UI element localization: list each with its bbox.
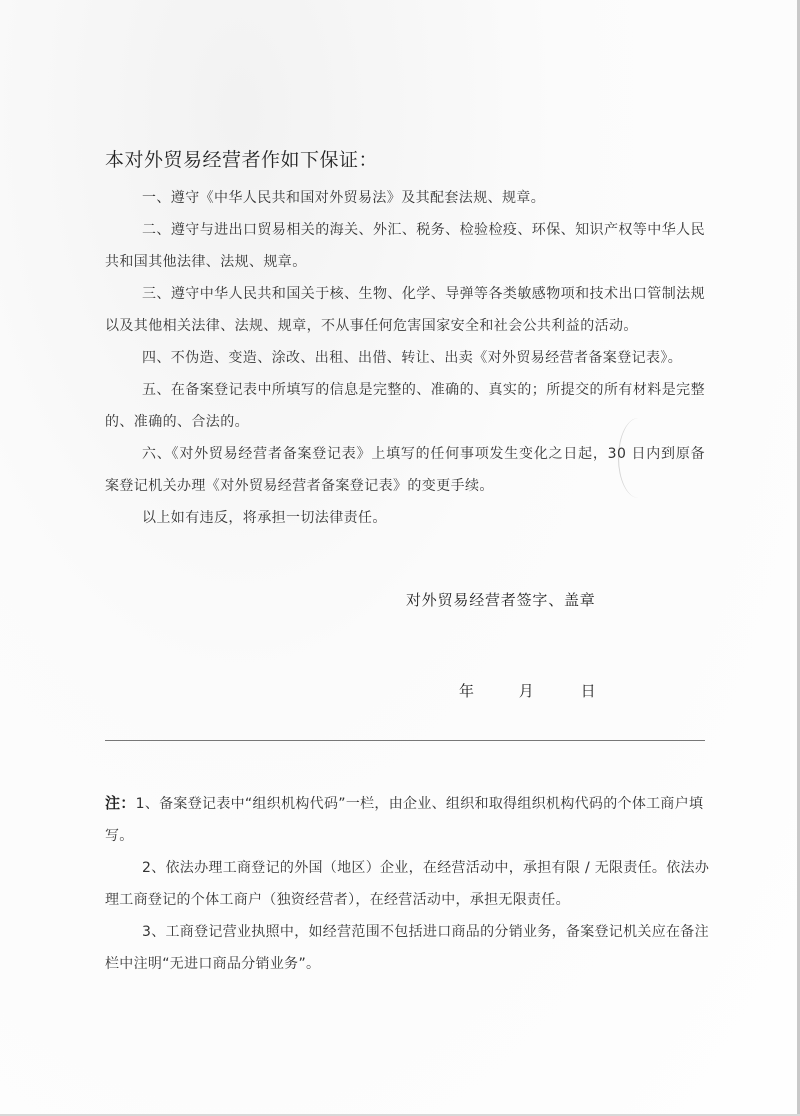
clause-5: 五、在备案登记表中所填写的信息是完整的、准确的、真实的；所提交的所有材料是完整的… xyxy=(105,374,705,438)
clause-6: 六、《对外贸易经营者备案登记表》上填写的任何事项发生变化之日起，30 日内到原备… xyxy=(105,438,705,502)
clause-4: 四、不伪造、变造、涂改、出租、出借、转让、出卖《对外贸易经营者备案登记表》。 xyxy=(105,342,705,374)
pledge-clauses: 一、遵守《中华人民共和国对外贸易法》及其配套法规、规章。 二、遵守与进出口贸易相… xyxy=(105,182,705,534)
note-3: 3、工商登记营业执照中，如经营范围不包括进口商品的分销业务，备案登记机关应在备注… xyxy=(105,916,715,980)
date-day-label: 日 xyxy=(581,680,596,701)
date-year-label: 年 xyxy=(459,680,474,701)
pledge-heading: 本对外贸易经营者作如下保证： xyxy=(105,145,378,172)
note-1: 注：1、备案登记表中“组织机构代码”一栏，由企业、组织和取得组织机构代码的个体工… xyxy=(105,787,715,852)
date-month-label: 月 xyxy=(519,680,534,701)
clause-3: 三、遵守中华人民共和国关于核、生物、化学、导弹等各类敏感物项和技术出口管制法规以… xyxy=(105,278,705,342)
notes-label: 注： xyxy=(105,794,136,812)
note-2: 2、依法办理工商登记的外国（地区）企业，在经营活动中，承担有限 / 无限责任。依… xyxy=(105,852,715,916)
clause-1: 一、遵守《中华人民共和国对外贸易法》及其配套法规、规章。 xyxy=(105,182,705,214)
signature-label: 对外贸易经营者签字、盖章 xyxy=(406,589,596,610)
section-divider xyxy=(105,740,705,741)
clause-2: 二、遵守与进出口贸易相关的海关、外汇、税务、检验检疫、环保、知识产权等中华人民共… xyxy=(105,214,705,278)
notes-section: 注：1、备案登记表中“组织机构代码”一栏，由企业、组织和取得组织机构代码的个体工… xyxy=(105,787,715,980)
note-1-text: 1、备案登记表中“组织机构代码”一栏，由企业、组织和取得组织机构代码的个体工商户… xyxy=(105,796,703,844)
liability-statement: 以上如有违反，将承担一切法律责任。 xyxy=(105,502,705,534)
document-page: 本对外贸易经营者作如下保证： 一、遵守《中华人民共和国对外贸易法》及其配套法规、… xyxy=(0,0,800,1116)
date-row: 年 月 日 xyxy=(459,680,596,701)
